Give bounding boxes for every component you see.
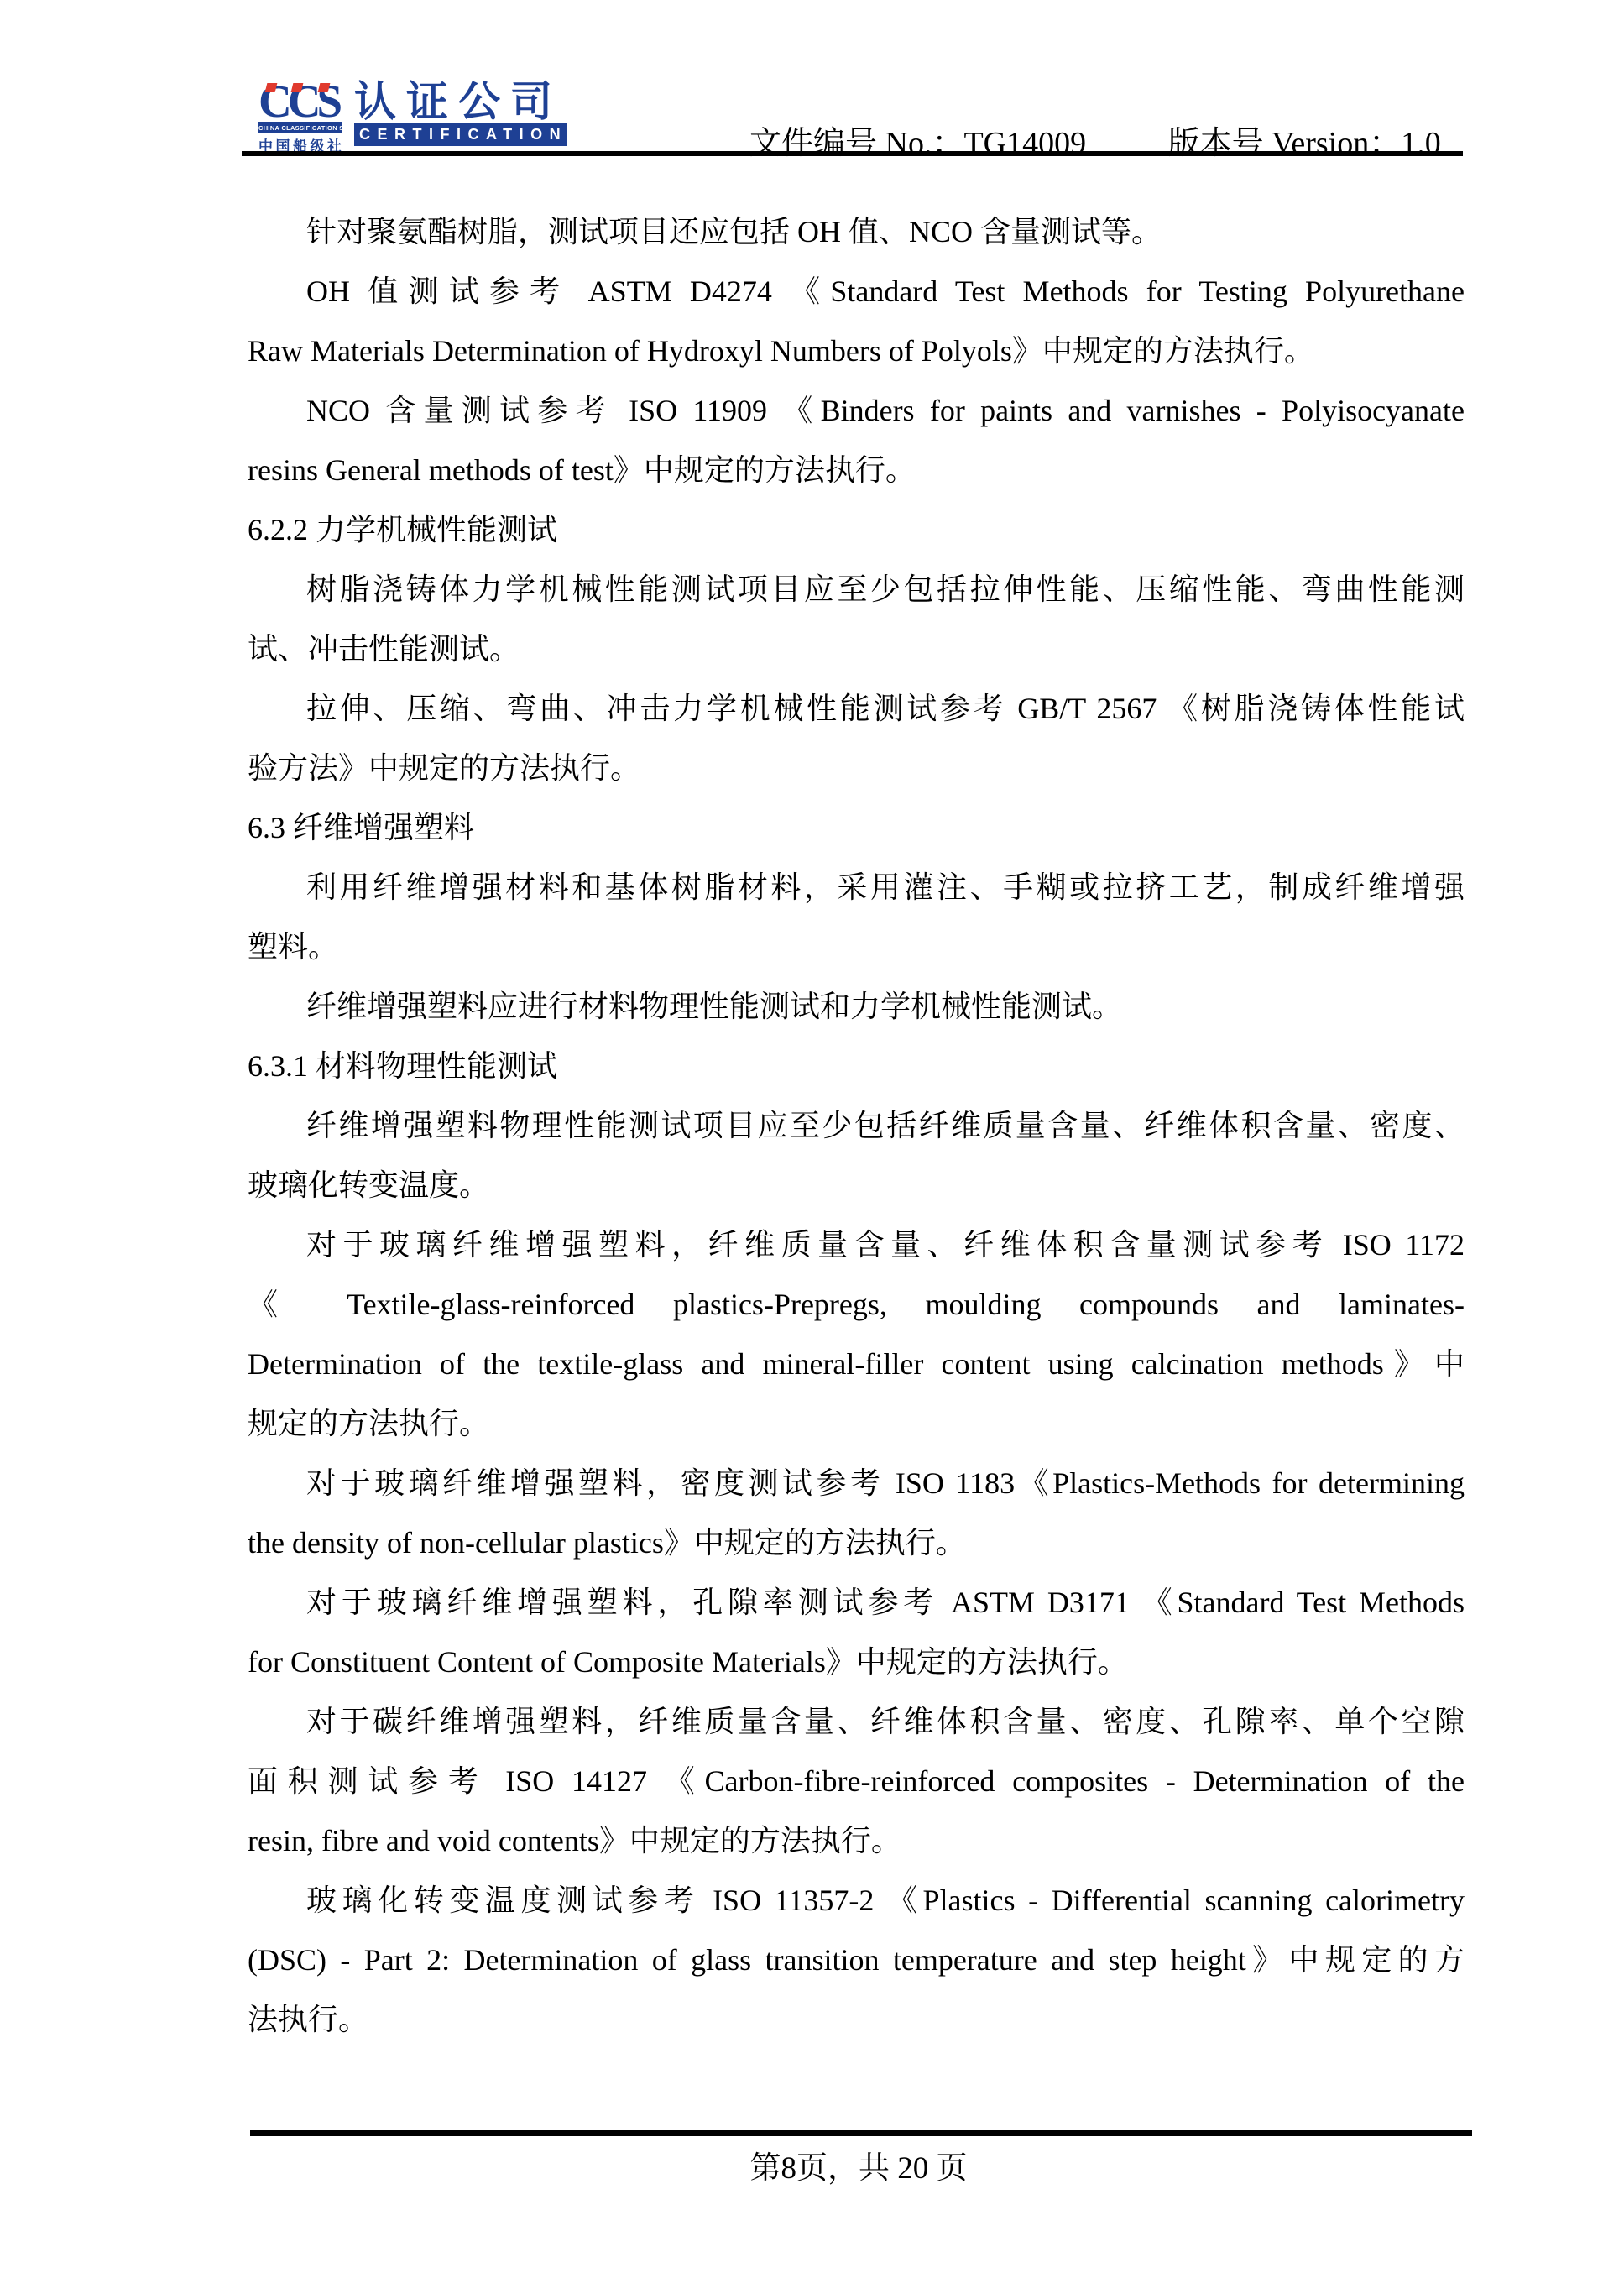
text-line: 规定的方法执行。 (248, 1394, 1465, 1454)
ccs-logo-text: CCS (258, 83, 342, 120)
certification-bar: CERTIFICATION (354, 123, 567, 146)
text-line: the density of non-cellular plastics》中规定… (248, 1513, 1465, 1573)
text-line: 验方法》中规定的方法执行。 (248, 739, 1465, 798)
text-line: resin, fibre and void contents》中规定的方法执行。 (248, 1811, 1465, 1871)
section-heading: 6.3 纤维增强塑料 (248, 798, 1465, 858)
text-line: 法执行。 (248, 1990, 1465, 2050)
text-line: 树脂浇铸体力学机械性能测试项目应至少包括拉伸性能、压缩性能、弯曲性能测 (248, 560, 1465, 619)
text-line: Raw Materials Determination of Hydroxyl … (248, 321, 1465, 381)
text-line: 利用纤维增强材料和基体树脂材料，采用灌注、手糊或拉挤工艺，制成纤维增强 (248, 858, 1465, 917)
text-line: 玻璃化转变温度。 (248, 1156, 1465, 1215)
body-text: 针对聚氨酯树脂，测试项目还应包括 OH 值、NCO 含量测试等。OH 值测试参考… (248, 202, 1465, 2050)
text-line: 对于碳纤维增强塑料，纤维质量含量、纤维体积含量、密度、孔隙率、单个空隙 (248, 1692, 1465, 1752)
text-line: 《 Textile-glass-reinforced plastics-Prep… (248, 1275, 1465, 1335)
text-line: 拉伸、压缩、弯曲、冲击力学机械性能测试参考 GB/T 2567 《树脂浇铸体性能… (248, 679, 1465, 739)
ccs-logo: CCS CHINA CLASSIFICATION SOCIETY 中国船级社 认… (258, 83, 567, 155)
text-line: 玻璃化转变温度测试参考 ISO 11357-2 《Plastics - Diff… (248, 1871, 1465, 1931)
ccs-logo-right: 认证公司 CERTIFICATION (354, 83, 567, 146)
document-page: CCS CHINA CLASSIFICATION SOCIETY 中国船级社 认… (0, 0, 1624, 2278)
text-line: for Constituent Content of Composite Mat… (248, 1633, 1465, 1692)
text-line: NCO 含量测试参考 ISO 11909 《Binders for paints… (248, 381, 1465, 441)
text-line: 面积测试参考 ISO 14127 《Carbon-fibre-reinforce… (248, 1752, 1465, 1811)
text-line: 试、冲击性能测试。 (248, 619, 1465, 679)
text-line: 对于玻璃纤维增强塑料，孔隙率测试参考 ASTM D3171 《Standard … (248, 1573, 1465, 1633)
text-line: Determination of the textile-glass and m… (248, 1335, 1465, 1394)
text-line: 针对聚氨酯树脂，测试项目还应包括 OH 值、NCO 含量测试等。 (248, 202, 1465, 262)
ccs-logo-left: CCS CHINA CLASSIFICATION SOCIETY 中国船级社 (258, 83, 342, 155)
text-line: 对于玻璃纤维增强塑料，纤维质量含量、纤维体积含量测试参考 ISO 1172 (248, 1215, 1465, 1275)
text-line: 对于玻璃纤维增强塑料，密度测试参考 ISO 1183《Plastics-Meth… (248, 1454, 1465, 1513)
text-line: 塑料。 (248, 917, 1465, 977)
certification-company-cn: 认证公司 (354, 83, 567, 120)
text-line: OH 值测试参考 ASTM D4274 《Standard Test Metho… (248, 262, 1465, 321)
text-line: resins General methods of test》中规定的方法执行。 (248, 441, 1465, 500)
text-line: 纤维增强塑料应进行材料物理性能测试和力学机械性能测试。 (248, 977, 1465, 1037)
header-rule (242, 151, 1463, 156)
section-heading: 6.2.2 力学机械性能测试 (248, 500, 1465, 560)
section-heading: 6.3.1 材料物理性能测试 (248, 1037, 1465, 1096)
text-line: (DSC) - Part 2: Determination of glass t… (248, 1931, 1465, 1990)
footer-rule (250, 2130, 1472, 2136)
text-line: 纤维增强塑料物理性能测试项目应至少包括纤维质量含量、纤维体积含量、密度、 (248, 1096, 1465, 1156)
page-number: 第8页，共 20 页 (248, 2142, 1470, 2196)
